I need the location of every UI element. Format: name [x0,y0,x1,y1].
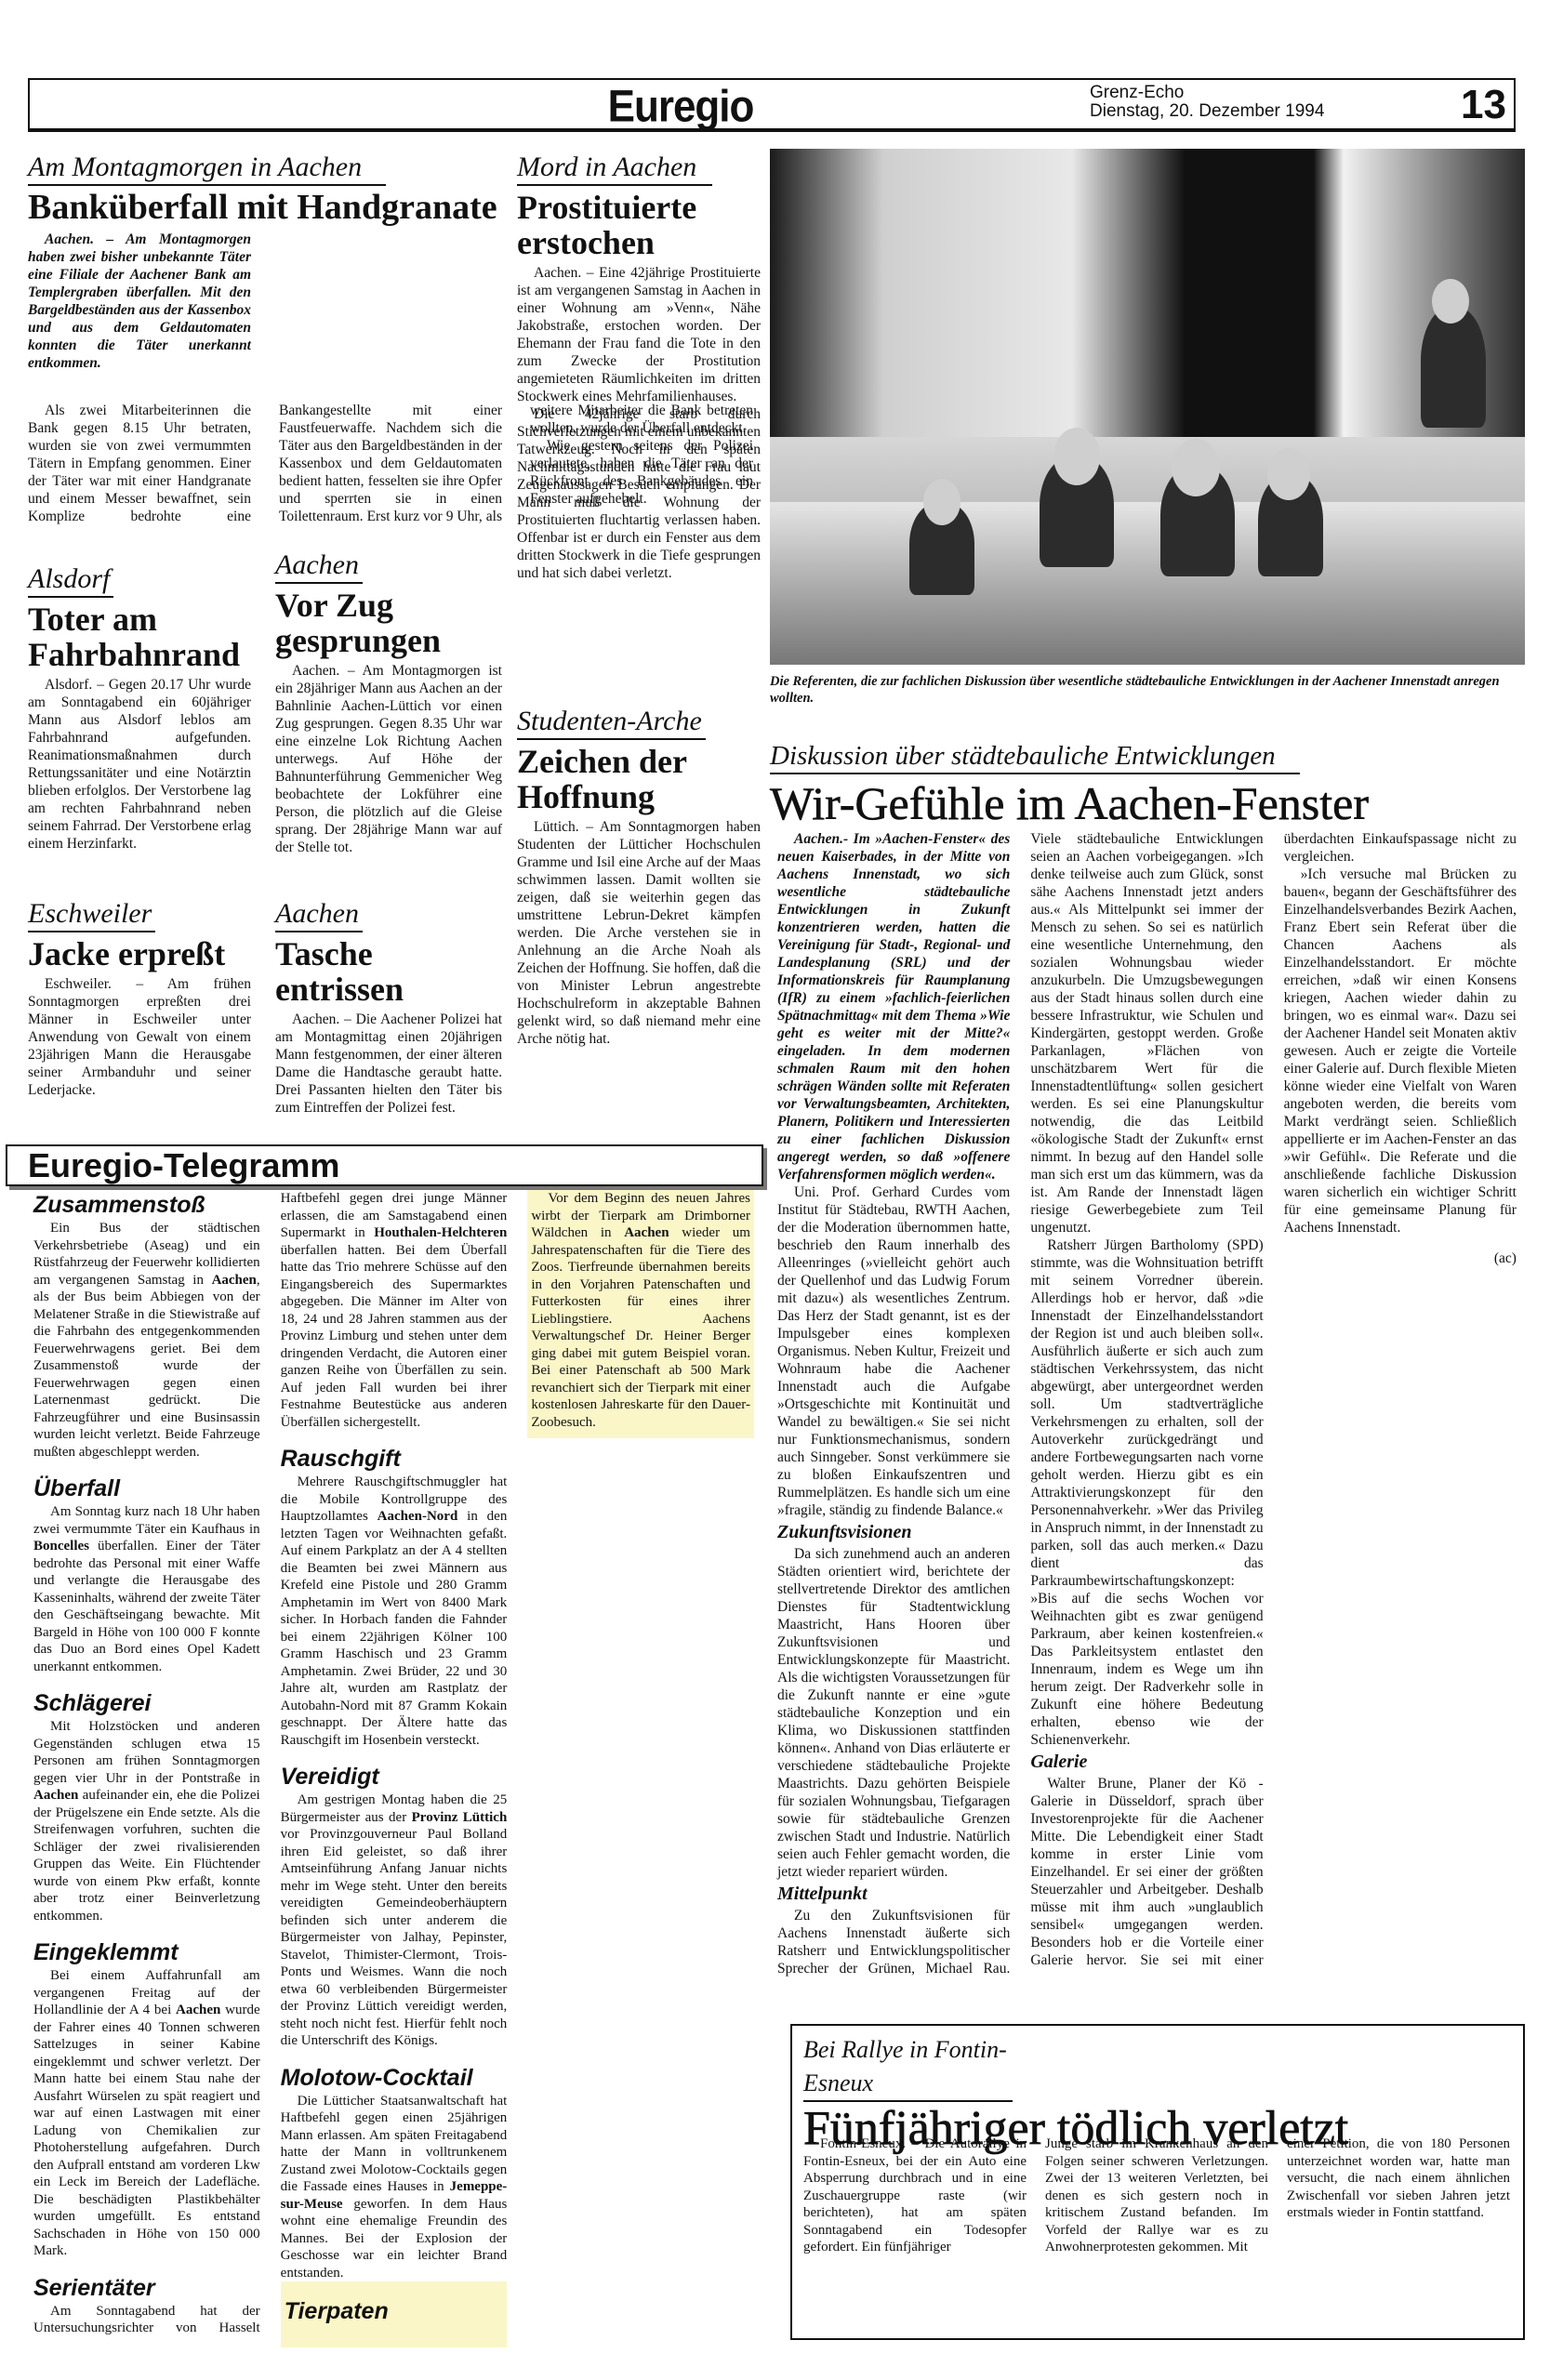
telegramm-item: Überfall Am Sonntag kurz nach 18 Uhr hab… [33,1474,260,1675]
telegramm-item: Schlägerei Mit Holzstöcken und anderen G… [33,1688,260,1924]
article-rallye: Bei Rallye in Fontin-Esneux Fünfjähriger… [790,2024,1525,2340]
article-arche: Studenten-Arche Zeichen der Hoffnung Lüt… [517,705,761,1048]
telegramm-item-title: Überfall [33,1474,260,1503]
article-paragraph: Fontin-Esneux. – Die Autorallye in Fonti… [803,2135,1027,2256]
article-lead: Aachen.- Im »Aachen-Fenster« des neuen K… [777,830,1010,1183]
telegramm-item-title: Tierpaten [285,2296,504,2326]
article-kicker: Mord in Aachen [517,151,712,186]
telegramm-item-title: Rauschgift [281,1444,508,1474]
article-headline: Banküberfall mit Handgranate [28,190,511,225]
article-zug: Aachen Vor Zug gesprungen Aachen. – Am M… [275,549,502,856]
publication-name: Grenz-Echo [1090,84,1324,102]
article-kicker: Aachen [275,549,363,584]
article-mord: Mord in Aachen Prostituierte erstochen A… [517,151,761,582]
article-paragraph: Junge starb im Krankenhaus an den Folgen… [1045,2135,1268,2256]
article-bank-body: Als zwei Mitarbeiterinnen die Bank gegen… [28,402,502,541]
publication-info: Grenz-Echo Dienstag, 20. Dezember 1994 [1090,84,1324,121]
article-headline: Jacke erpreßt [28,936,251,972]
article-subhead: Zukunftsvisionen [777,1519,1010,1545]
publication-date: Dienstag, 20. Dezember 1994 [1090,102,1324,121]
article-headline: Toter am Fahrbahnrand [28,602,251,672]
article-tasche: Aachen Tasche entrissen Aachen. – Die Aa… [275,897,502,1117]
article-fenster-body: Aachen.- Im »Aachen-Fenster« des neuen K… [777,830,1517,1992]
telegramm-item-title: Vereidigt [281,1762,508,1792]
article-bank: Am Montagmorgen in Aachen Banküberfall m… [28,151,511,225]
article-paragraph: Aachen. – Die Aachener Polizei hat am Mo… [275,1011,502,1117]
article-paragraph: Die 42jährige starb durch Stichverletzun… [517,405,761,582]
telegramm-item: Rauschgift Mehrere Rauschgiftschmuggler … [281,1444,508,1749]
article-lead: Aachen. – Am Montagmorgen haben zwei bis… [28,231,251,372]
article-kicker: Diskussion über städtebauliche Entwicklu… [770,739,1300,774]
article-signature: (ac) [1284,1249,1517,1267]
article-paragraph: Ratsherr Jürgen Bartholomy (SPD) stimmte… [1030,1236,1263,1749]
telegramm-item: Vereidigt Am gestrigen Montag haben die … [281,1762,508,2050]
article-kicker: Studenten-Arche [517,705,706,740]
telegramm-item: Eingeklemmt Bei einem Auffahrunfall am v… [33,1937,260,2260]
article-headline: Vor Zug gesprungen [275,588,502,658]
article-headline: Prostituierte erstochen [517,190,761,260]
article-bank-col1: Aachen. – Am Montagmorgen haben zwei bis… [28,231,251,372]
article-paragraph: Lüttich. – Am Sonntagmorgen haben Studen… [517,818,761,1048]
article-kicker: Alsdorf [28,562,113,598]
telegramm-header: Euregio-Telegramm [6,1144,763,1186]
article-headline: Wir-Gefühle im Aachen-Fenster [770,778,1525,828]
article-kicker: Bei Rallye in Fontin-Esneux [803,2033,1013,2102]
article-subhead: Galerie [1030,1749,1263,1775]
telegramm-item: Molotow-Cocktail Die Lütticher Staatsanw… [281,2063,508,2282]
article-fenster: Diskussion über städtebauliche Entwicklu… [770,739,1525,828]
article-alsdorf: Alsdorf Toter am Fahrbahnrand Alsdorf. –… [28,562,251,853]
photo-caption: Die Referenten, die zur fachlichen Disku… [770,673,1525,707]
telegramm-item-title: Schlägerei [33,1688,260,1718]
article-kicker: Aachen [275,897,363,932]
section-title: Euregio [495,82,867,133]
article-paragraph: Alsdorf. – Gegen 20.17 Uhr wurde am Sonn… [28,676,251,853]
article-kicker: Eschweiler [28,897,155,932]
article-paragraph: »Ich versuche mal Brücken zu bauen«, beg… [1284,866,1517,1236]
article-paragraph: einer Petition, die von 180 Personen unt… [1287,2135,1510,2222]
telegramm-item: Zusammenstoß Ein Bus der städtischen Ver… [33,1190,260,1461]
telegramm-item-title: Eingeklemmt [33,1937,260,1967]
telegramm-item-title: Zusammenstoß [33,1190,260,1220]
telegramm-title: Euregio-Telegramm [28,1146,339,1185]
article-paragraph: Eschweiler. – Am frühen Sonntagmorgen er… [28,975,251,1099]
article-eschweiler: Eschweiler Jacke erpreßt Eschweiler. – A… [28,897,251,1099]
article-paragraph: Uni. Prof. Gerhard Curdes vom Institut f… [777,1183,1010,1519]
article-paragraph: Aachen. – Am Montagmorgen ist ein 28jähr… [275,662,502,856]
article-headline: Zeichen der Hoffnung [517,744,761,814]
article-paragraph: Da sich zunehmend auch an anderen Städte… [777,1545,1010,1881]
telegramm-item-title: Molotow-Cocktail [281,2063,508,2093]
masthead: Euregio Grenz-Echo Dienstag, 20. Dezembe… [28,78,1516,132]
article-kicker: Am Montagmorgen in Aachen [28,151,386,186]
article-paragraph: Aachen. – Eine 42jährige Prostituierte i… [517,264,761,405]
article-photo [770,149,1525,665]
article-headline: Tasche entrissen [275,936,502,1007]
telegramm-item-title: Serientäter [33,2273,260,2303]
page-number: 13 [1461,82,1506,128]
telegramm-body: Zusammenstoß Ein Bus der städtischen Ver… [33,1190,754,2347]
article-subhead: Mittelpunkt [777,1881,1010,1907]
